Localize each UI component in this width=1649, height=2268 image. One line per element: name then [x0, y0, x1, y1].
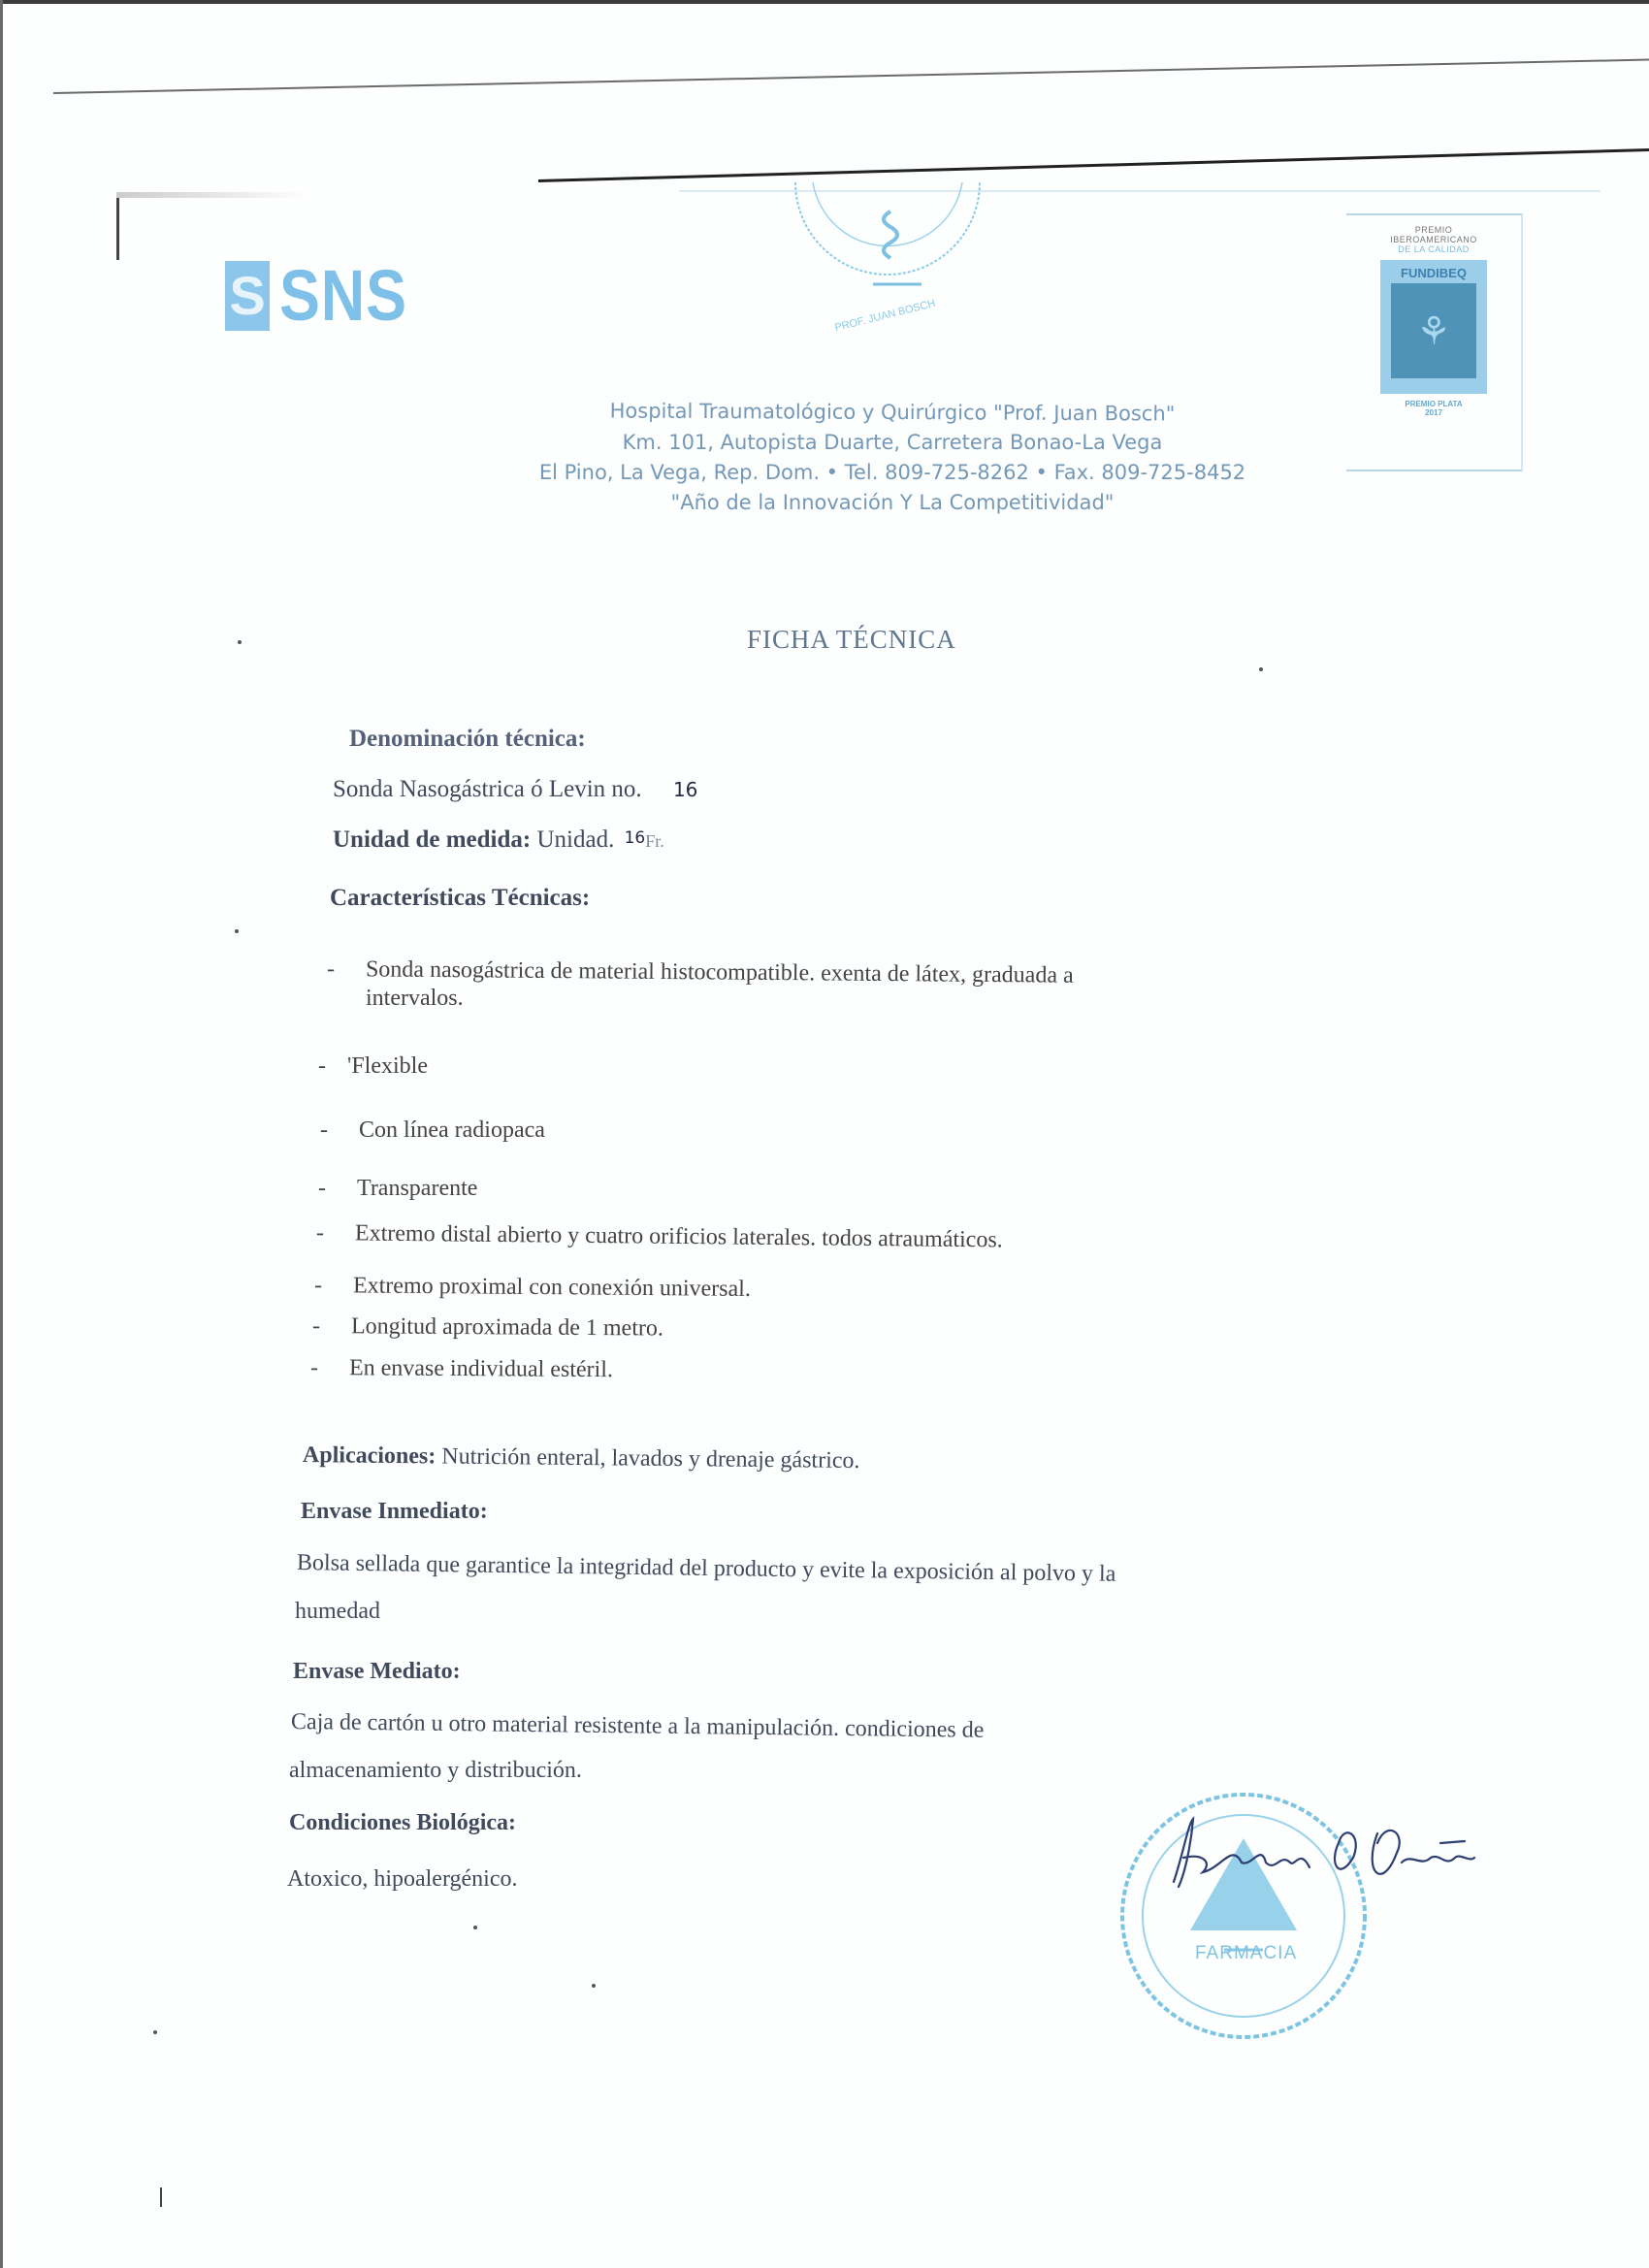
pharmacy-stamp-icon [1108, 1770, 1389, 2052]
list-item-continuation: intervalos. [366, 986, 464, 1012]
envase-inmediato-text-2: humedad [295, 1599, 380, 1625]
sns-mark-icon: S [225, 261, 270, 331]
aplicaciones-label: Aplicaciones: [303, 1442, 436, 1469]
scan-left-border [0, 0, 3, 2268]
hospital-contact: El Pino, La Vega, Rep. Dom. • Tel. 809-7… [456, 458, 1329, 488]
denominacion-text: Sonda Nasogástrica ó Levin no. [333, 776, 642, 802]
scan-speck [238, 640, 242, 644]
scan-artifact-mark [160, 2187, 162, 2207]
hospital-address: Hospital Traumatológico y Quirúrgico "Pr… [456, 398, 1329, 518]
unidad-row: Unidad de medida: Unidad. 16Fr. [333, 826, 664, 854]
award-figure-icon: ⚘ [1391, 283, 1476, 378]
sns-logo-text: SNS [279, 254, 407, 337]
scan-speck [592, 1984, 596, 1988]
envase-mediato-text: Caja de cartón u otro material resistent… [291, 1709, 985, 1744]
page-corner-shadow [116, 192, 310, 198]
list-item: -Extremo distal abierto y cuatro orifici… [316, 1220, 1003, 1253]
document-title: FICHA TÉCNICA [747, 625, 956, 655]
unidad-value: Unidad. [536, 826, 614, 853]
award-line: DE LA CALIDAD [1346, 244, 1521, 254]
svg-text:PROF. JUAN BOSCH: PROF. JUAN BOSCH [833, 298, 936, 334]
list-item: -Con línea radiopaca [320, 1118, 545, 1144]
award-year: 2017 [1346, 408, 1521, 417]
unidad-suffix: Fr. [645, 831, 664, 851]
envase-mediato-text-2: almacenamiento y distribución. [289, 1758, 582, 1784]
signature [1145, 1814, 1494, 1892]
aplicaciones-value: Nutrición enteral, lavados y drenaje gás… [441, 1444, 859, 1474]
list-item: -Longitud aproximada de 1 metro. [312, 1313, 663, 1343]
page-corner-mark [116, 192, 119, 260]
stamp-label: FARMACIA [1195, 1943, 1297, 1964]
award-line: PREMIO [1346, 225, 1521, 235]
scan-artifact-line [538, 148, 1649, 182]
scan-artifact-line [53, 58, 1649, 94]
award-badge: PREMIO IBEROAMERICANO DE LA CALIDAD FUND… [1346, 213, 1523, 471]
list-item: -Extremo proximal con conexión universal… [314, 1273, 751, 1303]
hospital-seal-icon: PROF. JUAN BOSCH [776, 173, 999, 367]
denominacion-value: Sonda Nasogástrica ó Levin no. 16 [333, 776, 697, 803]
award-name: FUNDIBEQ [1386, 266, 1481, 280]
denominacion-label: Denominación técnica: [349, 726, 586, 753]
hospital-street: Km. 101, Autopista Duarte, Carretera Bon… [456, 428, 1329, 458]
envase-mediato-label: Envase Mediato: [293, 1659, 461, 1685]
envase-inmediato-text: Bolsa sellada que garantice la integrida… [297, 1550, 1116, 1588]
scan-speck [1259, 667, 1263, 671]
hospital-name: Hospital Traumatológico y Quirúrgico "Pr… [456, 396, 1329, 431]
hospital-motto: "Año de la Innovación Y La Competitivida… [456, 488, 1329, 518]
condiciones-label: Condiciones Biológica: [289, 1810, 516, 1836]
caracteristicas-label: Características Técnicas: [330, 885, 590, 912]
sns-logo: S SNS [225, 254, 430, 337]
scan-speck [235, 929, 239, 933]
list-item: -Transparente [318, 1176, 477, 1202]
list-item: -Sonda nasogástrica de material histocom… [327, 956, 1074, 989]
award-footer: PREMIO PLATA [1346, 400, 1521, 408]
handwritten-number: 16 [673, 778, 697, 801]
list-item: -'Flexible [318, 1053, 428, 1080]
scan-top-border [0, 0, 1649, 4]
scan-speck [153, 2030, 157, 2034]
unidad-label: Unidad de medida: [333, 826, 531, 853]
condiciones-value: Atoxico, hipoalergénico. [287, 1866, 518, 1893]
scan-speck [473, 1926, 477, 1929]
award-logo: FUNDIBEQ ⚘ [1380, 260, 1487, 394]
envase-inmediato-label: Envase Inmediato: [301, 1499, 488, 1525]
aplicaciones-row: Aplicaciones: Nutrición enteral, lavados… [303, 1442, 860, 1474]
handwritten-number: 16 [625, 828, 646, 848]
award-line: IBEROAMERICANO [1346, 235, 1521, 244]
list-item: -En envase individual estéril. [310, 1355, 613, 1383]
